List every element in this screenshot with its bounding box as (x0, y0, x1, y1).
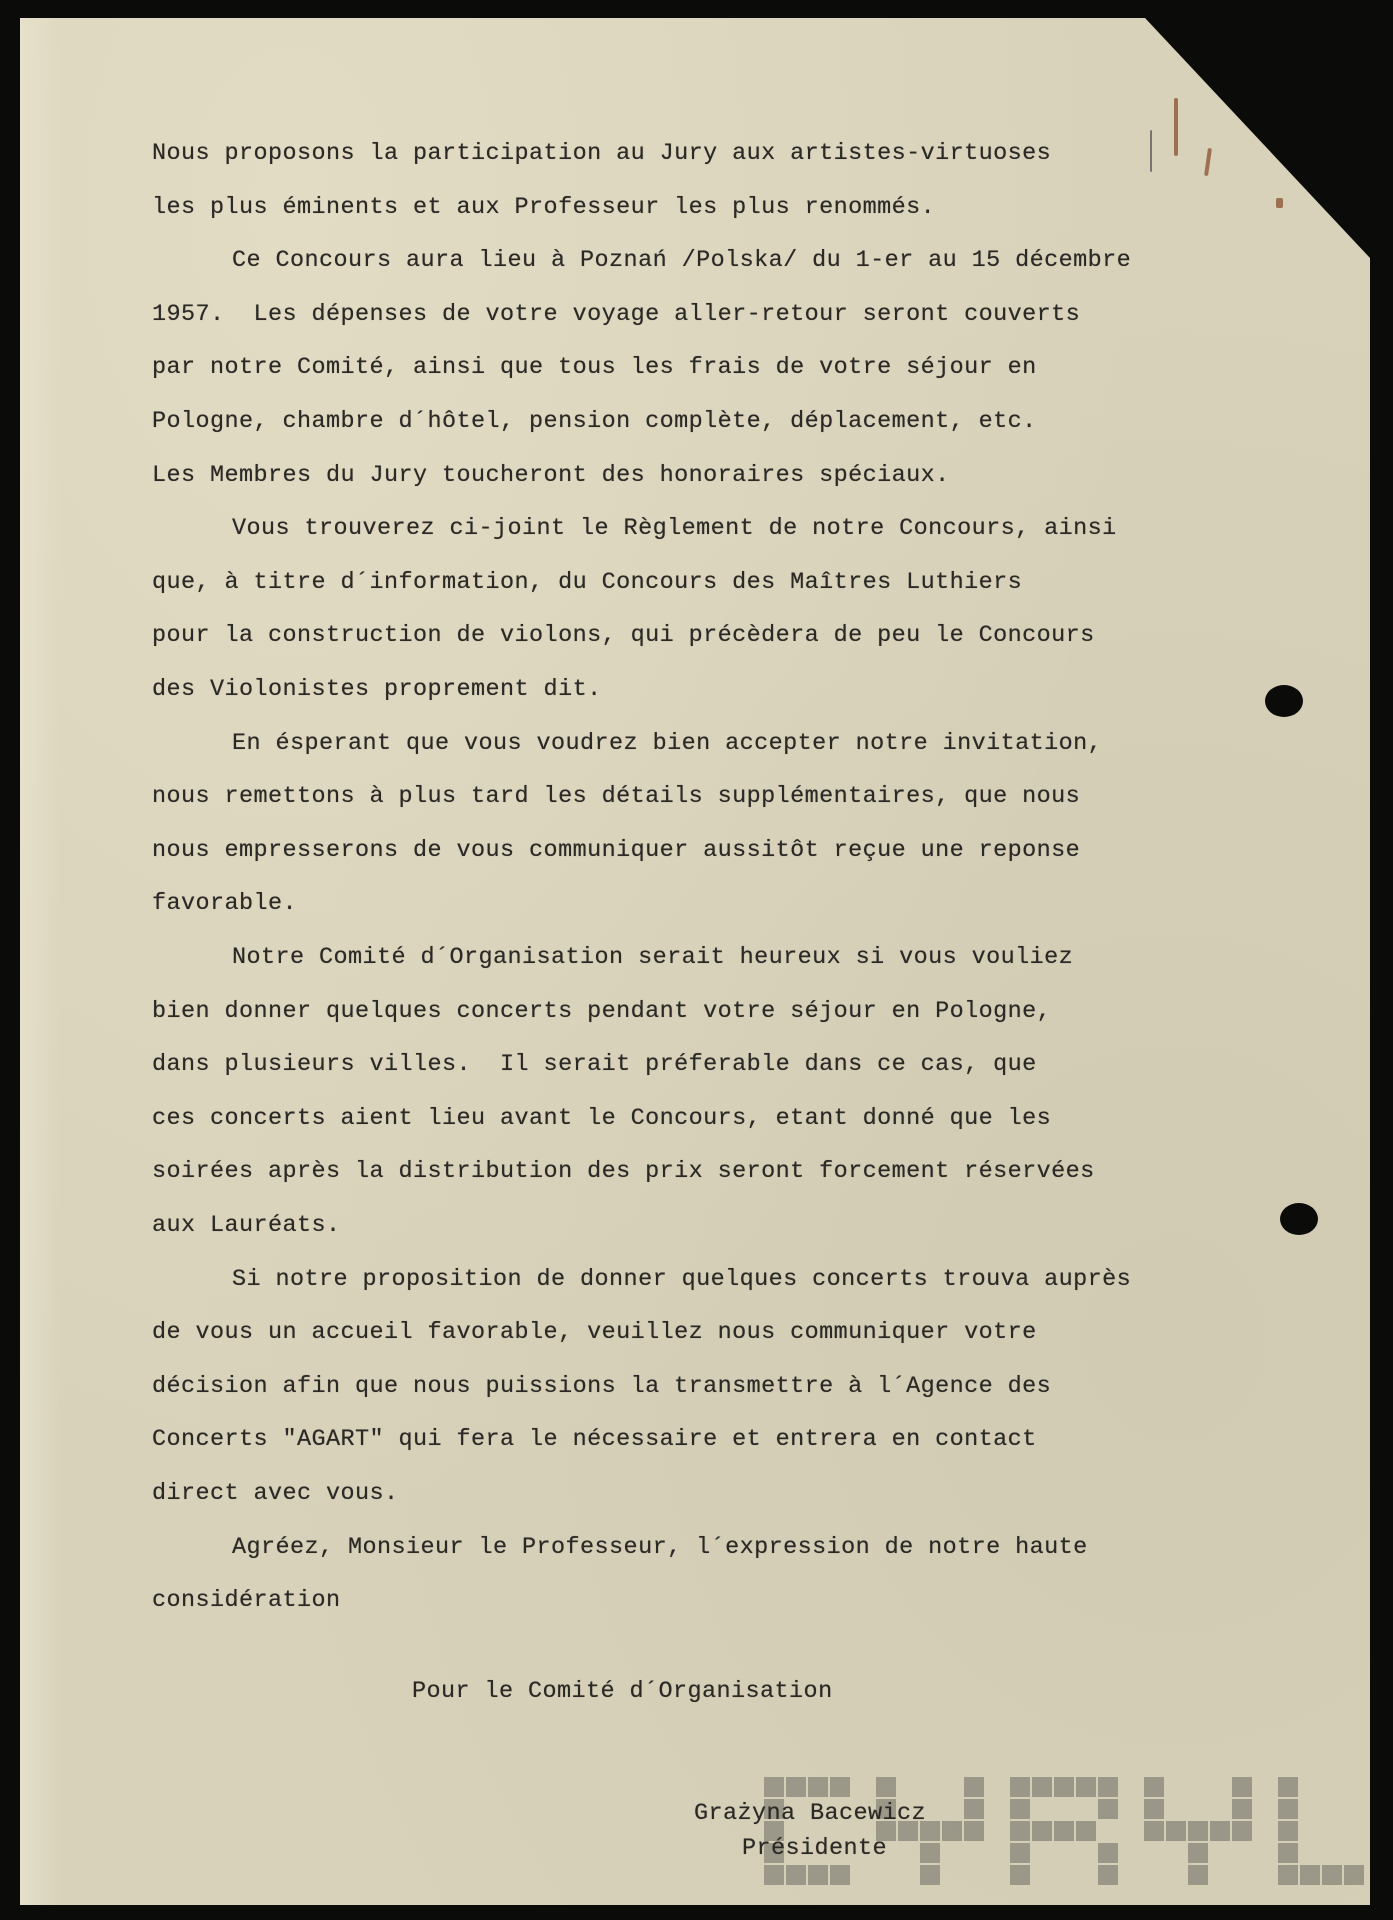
rust-stain (1204, 148, 1212, 176)
text-line: 1957. Les dépenses de votre voyage aller… (152, 301, 1080, 328)
rust-stain (1150, 130, 1152, 172)
closing-line: Pour le Comité d´Organisation (412, 1678, 833, 1705)
watermark-block (1322, 1865, 1342, 1885)
watermark-block (1344, 1865, 1364, 1885)
text-line: soirées après la distribution des prix s… (152, 1158, 1095, 1185)
watermark-block (808, 1865, 828, 1885)
text-line: ces concerts aient lieu avant le Concour… (152, 1105, 1051, 1132)
watermark-block (808, 1777, 828, 1797)
watermark-block (830, 1865, 850, 1885)
text-line: direct avec vous. (152, 1480, 399, 1507)
watermark-block (942, 1821, 962, 1841)
watermark-block (1054, 1777, 1074, 1797)
watermark-block (1010, 1799, 1030, 1819)
watermark-block (1144, 1799, 1164, 1819)
text-line: considération (152, 1587, 341, 1614)
watermark-block (1278, 1843, 1298, 1863)
text-line: favorable. (152, 890, 297, 917)
watermark-block (1232, 1799, 1252, 1819)
text-line: Les Membres du Jury toucheront des honor… (152, 462, 950, 489)
watermark-block (1278, 1799, 1298, 1819)
rust-stain (1276, 198, 1283, 208)
watermark-block (1278, 1865, 1298, 1885)
punch-hole (1280, 1203, 1318, 1235)
watermark-block (764, 1865, 784, 1885)
letter-page: Nous proposons la participation au Jury … (20, 18, 1377, 1905)
watermark-block (764, 1777, 784, 1797)
watermark-block (1098, 1777, 1118, 1797)
rust-stain (1174, 98, 1178, 156)
watermark-block (1188, 1821, 1208, 1841)
watermark-block (830, 1777, 850, 1797)
watermark-block (1010, 1865, 1030, 1885)
watermark-block (964, 1821, 984, 1841)
text-line: En ésperant que vous voudrez bien accept… (232, 730, 1102, 757)
watermark-block (1032, 1777, 1052, 1797)
text-line: par notre Comité, ainsi que tous les fra… (152, 354, 1037, 381)
text-line: Notre Comité d´Organisation serait heure… (232, 944, 1073, 971)
watermark-block (964, 1799, 984, 1819)
watermark-block (1010, 1821, 1030, 1841)
text-line: aux Lauréats. (152, 1212, 341, 1239)
text-line: les plus éminents et aux Professeur les … (152, 194, 935, 221)
text-line: des Violonistes proprement dit. (152, 676, 602, 703)
watermark-block (1076, 1777, 1096, 1797)
watermark-block (876, 1777, 896, 1797)
text-line: Agréez, Monsieur le Professeur, l´expres… (232, 1534, 1088, 1561)
watermark-block (1098, 1843, 1118, 1863)
watermark-block (786, 1865, 806, 1885)
watermark-block (1010, 1843, 1030, 1863)
watermark-block (1032, 1821, 1052, 1841)
text-line: Vous trouverez ci-joint le Règlement de … (232, 515, 1117, 542)
watermark-block (1098, 1799, 1118, 1819)
watermark-block (920, 1843, 940, 1863)
text-line: bien donner quelques concerts pendant vo… (152, 998, 1051, 1025)
watermark-block (1098, 1865, 1118, 1885)
text-line: Pologne, chambre d´hôtel, pension complè… (152, 408, 1037, 435)
text-line: Concerts "AGART" qui fera le nécessaire … (152, 1426, 1037, 1453)
watermark-block (1166, 1821, 1186, 1841)
watermark-block (1054, 1821, 1074, 1841)
text-line: pour la construction de violons, qui pré… (152, 622, 1095, 649)
text-line: que, à titre d´information, du Concours … (152, 569, 1022, 596)
watermark-block (1188, 1865, 1208, 1885)
text-line: nous empresserons de vous communiquer au… (152, 837, 1080, 864)
watermark-block (1232, 1821, 1252, 1841)
watermark-block (1144, 1777, 1164, 1797)
watermark-block (920, 1865, 940, 1885)
watermark-block (1076, 1821, 1096, 1841)
watermark-block (1278, 1777, 1298, 1797)
watermark-block (964, 1777, 984, 1797)
watermark-block (1144, 1821, 1164, 1841)
text-line: Nous proposons la participation au Jury … (152, 140, 1051, 167)
signature-title: Présidente (742, 1835, 887, 1862)
text-line: dans plusieurs villes. Il serait préfera… (152, 1051, 1037, 1078)
text-line: de vous un accueil favorable, veuillez n… (152, 1319, 1037, 1346)
watermark-block (1232, 1777, 1252, 1797)
text-line: Ce Concours aura lieu à Poznań /Polska/ … (232, 247, 1131, 274)
text-line: Si notre proposition de donner quelques … (232, 1266, 1131, 1293)
punch-hole (1265, 685, 1303, 717)
watermark-block (786, 1777, 806, 1797)
text-line: décision afin que nous puissions la tran… (152, 1373, 1051, 1400)
watermark-block (1300, 1865, 1320, 1885)
watermark-block (1210, 1821, 1230, 1841)
signature-name: Grażyna Bacewicz (694, 1800, 926, 1827)
watermark-block (1010, 1777, 1030, 1797)
watermark-block (1188, 1843, 1208, 1863)
watermark-block (1278, 1821, 1298, 1841)
text-line: nous remettons à plus tard les détails s… (152, 783, 1080, 810)
